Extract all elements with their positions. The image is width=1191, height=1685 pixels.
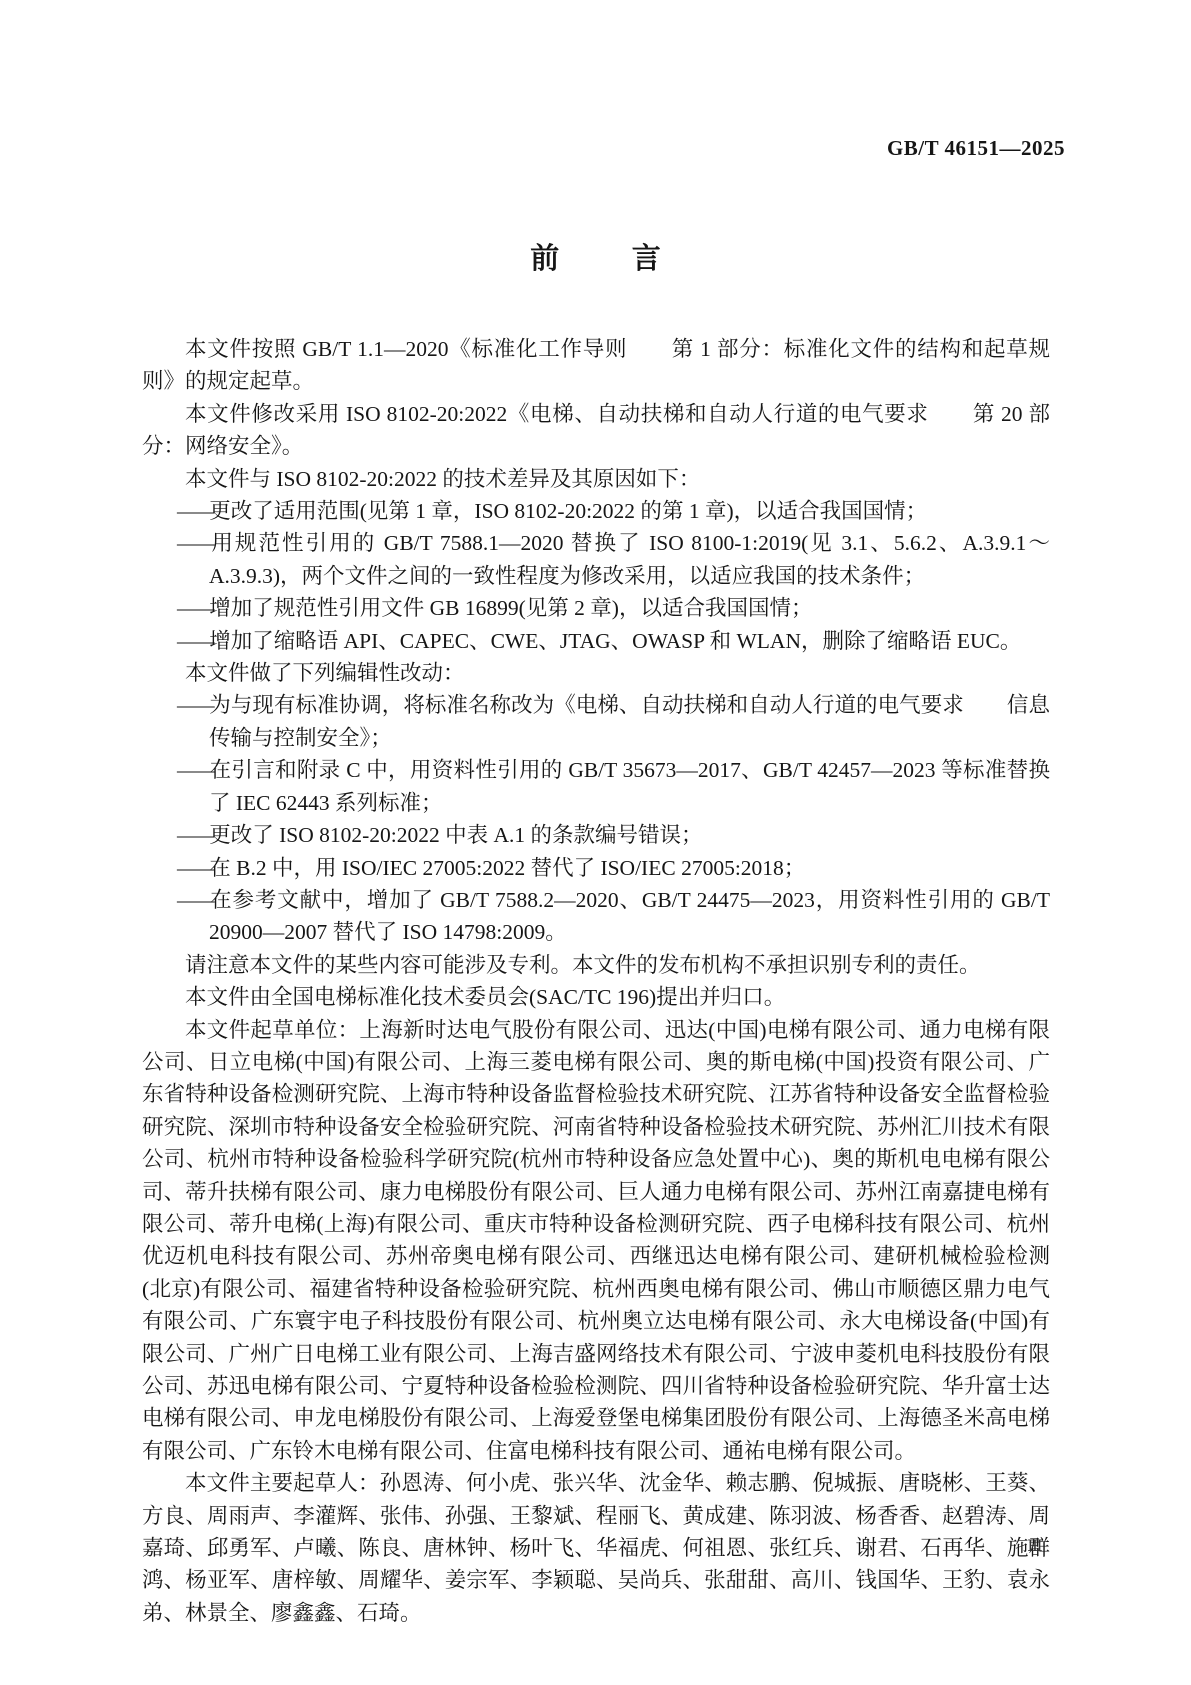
list-item: ——用规范性引用的 GB/T 7588.1—2020 替换了 ISO 8100-… <box>142 527 1050 592</box>
list-item: ——在参考文献中，增加了 GB/T 7588.2—2020、GB/T 24475… <box>142 884 1050 949</box>
paragraph: 本文件做了下列编辑性改动： <box>142 657 1050 689</box>
dash-marker: —— <box>177 823 209 847</box>
list-item: ——更改了 ISO 8102-20:2022 中表 A.1 的条款编号错误； <box>142 819 1050 851</box>
list-item: ——在引言和附录 C 中，用资料性引用的 GB/T 35673—2017、GB/… <box>142 754 1050 819</box>
list-item: ——增加了规范性引用文件 GB 16899(见第 2 章)，以适合我国国情； <box>142 592 1050 624</box>
dash-marker: —— <box>177 693 209 717</box>
paragraph: 本文件按照 GB/T 1.1—2020《标准化工作导则 第 1 部分：标准化文件… <box>142 333 1050 398</box>
dash-marker: —— <box>177 758 209 782</box>
dash-marker: —— <box>177 596 209 620</box>
paragraph: 本文件主要起草人：孙恩涛、何小虎、张兴华、沈金华、赖志鹏、倪城振、唐晓彬、王葵、… <box>142 1467 1050 1629</box>
paragraph: 本文件由全国电梯标准化技术委员会(SAC/TC 196)提出并归口。 <box>142 981 1050 1013</box>
list-item: ——增加了缩略语 API、CAPEC、CWE、JTAG、OWASP 和 WLAN… <box>142 625 1050 657</box>
foreword-body: 本文件按照 GB/T 1.1—2020《标准化工作导则 第 1 部分：标准化文件… <box>142 333 1050 1629</box>
list-item: ——为与现有标准协调，将标准名称改为《电梯、自动扶梯和自动人行道的电气要求 信息… <box>142 689 1050 754</box>
list-item: ——在 B.2 中，用 ISO/IEC 27005:2022 替代了 ISO/I… <box>142 852 1050 884</box>
paragraph: 本文件起草单位：上海新时达电气股份有限公司、迅达(中国)电梯有限公司、通力电梯有… <box>142 1014 1050 1468</box>
dash-marker: —— <box>177 499 209 523</box>
paragraph: 请注意本文件的某些内容可能涉及专利。本文件的发布机构不承担识别专利的责任。 <box>142 949 1050 981</box>
dash-marker: —— <box>177 629 209 653</box>
dash-marker: —— <box>177 856 209 880</box>
page-title: 前言 <box>0 236 1191 277</box>
page-number: Ⅲ <box>1010 1536 1060 1555</box>
paragraph: 本文件修改采用 ISO 8102-20:2022《电梯、自动扶梯和自动人行道的电… <box>142 398 1050 463</box>
paragraph: 本文件与 ISO 8102-20:2022 的技术差异及其原因如下： <box>142 463 1050 495</box>
standard-number: GB/T 46151—2025 <box>887 136 1065 161</box>
list-item: ——更改了适用范围(见第 1 章，ISO 8102-20:2022 的第 1 章… <box>142 495 1050 527</box>
dash-marker: —— <box>177 531 209 555</box>
document-page: GB/T 46151—2025 前言 本文件按照 GB/T 1.1—2020《标… <box>0 0 1191 1685</box>
dash-marker: —— <box>177 888 209 912</box>
